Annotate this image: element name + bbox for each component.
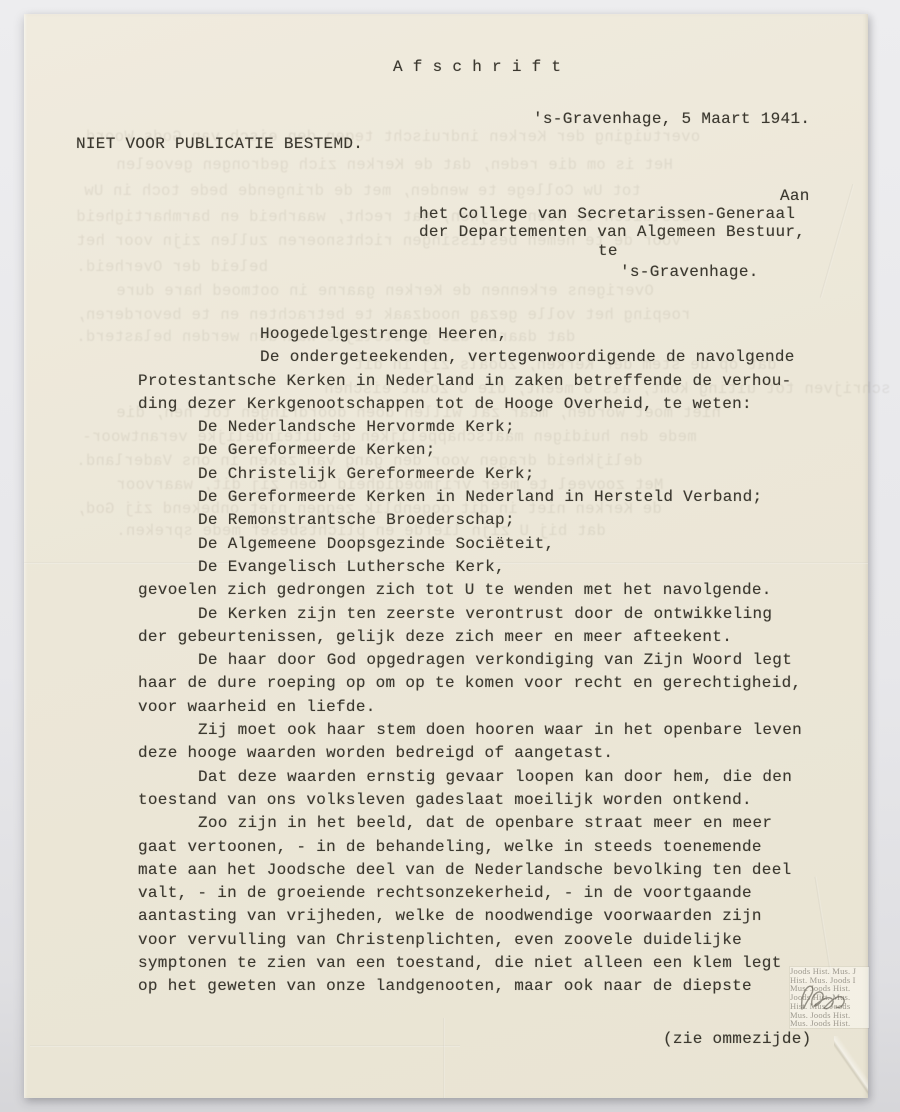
body-line: Hoogedelgestrenge Heeren, bbox=[138, 323, 802, 346]
scan-background: overtuiging der Kerken indruischt tegen … bbox=[0, 0, 900, 1112]
body-line: Zij moet ook haar stem doen hooren waar … bbox=[138, 719, 802, 742]
body-line: Dat deze waarden ernstig gevaar loopen k… bbox=[138, 766, 802, 789]
body-line: deze hooge waarden worden bedreigd of aa… bbox=[138, 742, 802, 765]
body-line: De Remonstrantsche Broederschap; bbox=[138, 509, 802, 532]
bleedthrough-line: beleid der Overheid. bbox=[76, 258, 268, 276]
body-line: mate aan het Joodsche deel van de Nederl… bbox=[138, 859, 802, 882]
confidential-notice: NIET VOOR PUBLICATIE BESTEMD. bbox=[76, 135, 363, 154]
body-line: De Nederlandsche Hervormde Kerk; bbox=[138, 416, 802, 439]
body-line: De haar door God opgedragen verkondiging… bbox=[138, 649, 802, 672]
corner-fold-bottom-right bbox=[834, 1036, 868, 1098]
body-line: Zoo zijn in het beeld, dat de openbare s… bbox=[138, 812, 802, 835]
body-line: aantasting van vrijheden, welke de noodw… bbox=[138, 905, 802, 928]
body-line: De Gereformeerde Kerken; bbox=[138, 439, 802, 462]
bleedthrough-line: Het is om die reden, dat de Kerken zich … bbox=[116, 156, 673, 174]
recipient-to: Aan bbox=[780, 187, 810, 206]
collection-stamp: Joods Hist. Mus. JHist. Mus. Joods IMus.… bbox=[790, 967, 869, 1028]
heading-afschrift: A f s c h r i f t bbox=[393, 58, 561, 77]
body-line: voor waarheid en liefde. bbox=[138, 696, 802, 719]
body-line: gevoelen zich gedrongen zich tot U te we… bbox=[138, 579, 802, 602]
letter-page: overtuiging der Kerken indruischt tegen … bbox=[24, 14, 868, 1098]
handwritten-mark-icon bbox=[796, 975, 858, 1021]
body-line: symptonen te zien van een toestand, die … bbox=[138, 952, 802, 975]
fold-crease-vertical-bottom bbox=[443, 1018, 445, 1098]
body-line: gaat vertoonen, - in de behandeling, wel… bbox=[138, 836, 802, 859]
body-line: der gebeurtenissen, gelijk deze zich mee… bbox=[138, 626, 802, 649]
body-text: Hoogedelgestrenge Heeren,De ondergeteeke… bbox=[138, 323, 802, 999]
body-line: haar de dure roeping op om op te komen v… bbox=[138, 672, 802, 695]
recipient-line1: het College van Secretarissen-Generaal bbox=[419, 205, 795, 224]
body-line: valt, - in de groeiende rechtsonzekerhei… bbox=[138, 882, 802, 905]
body-line: Protestantsche Kerken in Nederland in za… bbox=[138, 370, 802, 393]
body-line: De Gereformeerde Kerken in Nederland in … bbox=[138, 486, 802, 509]
recipient-line2: der Departementen van Algemeen Bestuur, bbox=[419, 223, 805, 242]
bleedthrough-line: Overigens erkennen de Kerken gaarne in o… bbox=[116, 282, 654, 300]
body-line: De Algemeene Doopsgezinde Sociëteit, bbox=[138, 533, 802, 556]
bleedthrough-line: roeping het volle gezag noodzaak te betr… bbox=[76, 306, 691, 324]
footer-note: (zie ommezijde) bbox=[663, 1030, 812, 1049]
body-line: De Kerken zijn ten zeerste verontrust do… bbox=[138, 603, 802, 626]
dateline: 's-Gravenhage, 5 Maart 1941. bbox=[533, 110, 810, 129]
recipient-line3: te bbox=[598, 242, 618, 261]
body-line: De ondergeteekenden, vertegenwoordigende… bbox=[138, 346, 802, 369]
recipient-line4: 's-Gravenhage. bbox=[620, 263, 759, 282]
body-line: op het geweten van onze landgenooten, ma… bbox=[138, 975, 802, 998]
body-line: toestand van ons volksleven gadeslaat mo… bbox=[138, 789, 802, 812]
body-line: ding dezer Kerkgenootschappen tot de Hoo… bbox=[138, 393, 802, 416]
bleedthrough-line: tot Uw College te wenden, met de dringen… bbox=[84, 182, 641, 200]
fold-crease-horizontal-bottom bbox=[30, 1045, 460, 1047]
body-line: De Christelijk Gereformeerde Kerk; bbox=[138, 463, 802, 486]
body-line: voor vervulling van Christenplichten, ev… bbox=[138, 929, 802, 952]
body-line: De Evangelisch Luthersche Kerk, bbox=[138, 556, 802, 579]
wrinkle-top-right bbox=[820, 184, 854, 298]
